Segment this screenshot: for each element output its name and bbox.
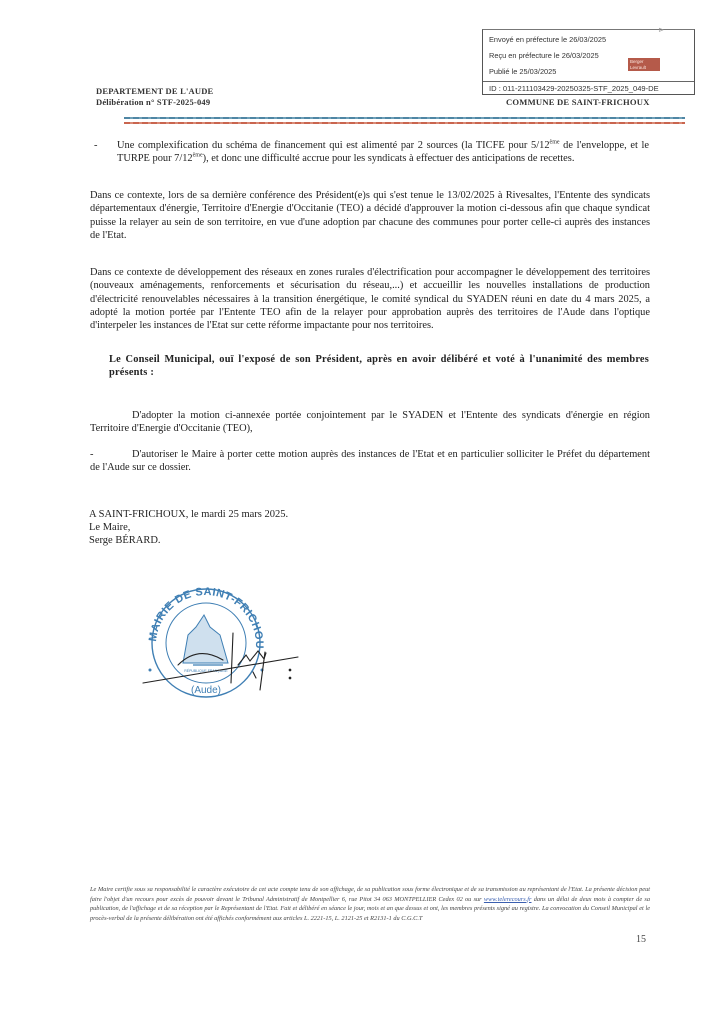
signer-role: Le Maire, [89,521,288,534]
legal-footer: Le Maire certifie sous sa responsabilité… [90,885,650,923]
telerecours-link[interactable]: www.telerecours.fr [484,896,532,903]
paragraph-financing: - Une complexification du schéma de fina… [117,139,649,166]
paragraph-context-conference: Dans ce contexte, lors de sa dernière co… [90,189,650,242]
stamp-divider [483,81,694,82]
berger-levrault-logo: Berger Levrault [628,58,660,71]
bullet-dash: - [94,139,97,152]
mayor-seal-and-signature: MAIRIE DE SAINT-FRICHOUX (Aude) RÉPUBLIQ… [138,575,308,700]
bullet-dash: - [90,448,132,461]
header-rule-red [124,122,685,124]
stamp-received: Reçu en préfecture le 26/03/2025 [489,51,599,60]
paragraph-council-vote: Le Conseil Municipal, ouï l'exposé de so… [109,353,649,380]
paragraph-adopt-motion: D'adopter la motion ci-annexée portée co… [90,409,650,436]
deliberation-number: Délibération n° STF-2025-049 [96,97,213,108]
page-number: 15 [636,934,646,945]
svg-text:(Aude): (Aude) [191,685,221,696]
place-date: A SAINT-FRICHOUX, le mardi 25 mars 2025. [89,508,288,521]
commune-name: COMMUNE DE SAINT-FRICHOUX [506,97,650,107]
stamp-sent: Envoyé en préfecture le 26/03/2025 [489,35,606,44]
paragraph-context-development: Dans ce contexte de développement des ré… [90,266,650,332]
signer-name: Serge BÉRARD. [89,534,288,547]
header-left: DEPARTEMENT DE L'AUDE Délibération n° ST… [96,86,213,108]
signature-block: A SAINT-FRICHOUX, le mardi 25 mars 2025.… [89,508,288,547]
stamp-mark-icon: ⊳ [658,26,664,34]
stamp-id: ID : 011-211103429-20250325-STF_2025_049… [489,84,659,93]
department-name: DEPARTEMENT DE L'AUDE [96,86,213,97]
header-rule-blue [124,117,685,119]
paragraph-authorize-mayor: -D'autoriser le Maire à porter cette mot… [90,448,650,475]
stamp-published: Publié le 25/03/2025 [489,67,556,76]
prefecture-stamp: ⊳ Envoyé en préfecture le 26/03/2025 Reç… [482,29,695,95]
